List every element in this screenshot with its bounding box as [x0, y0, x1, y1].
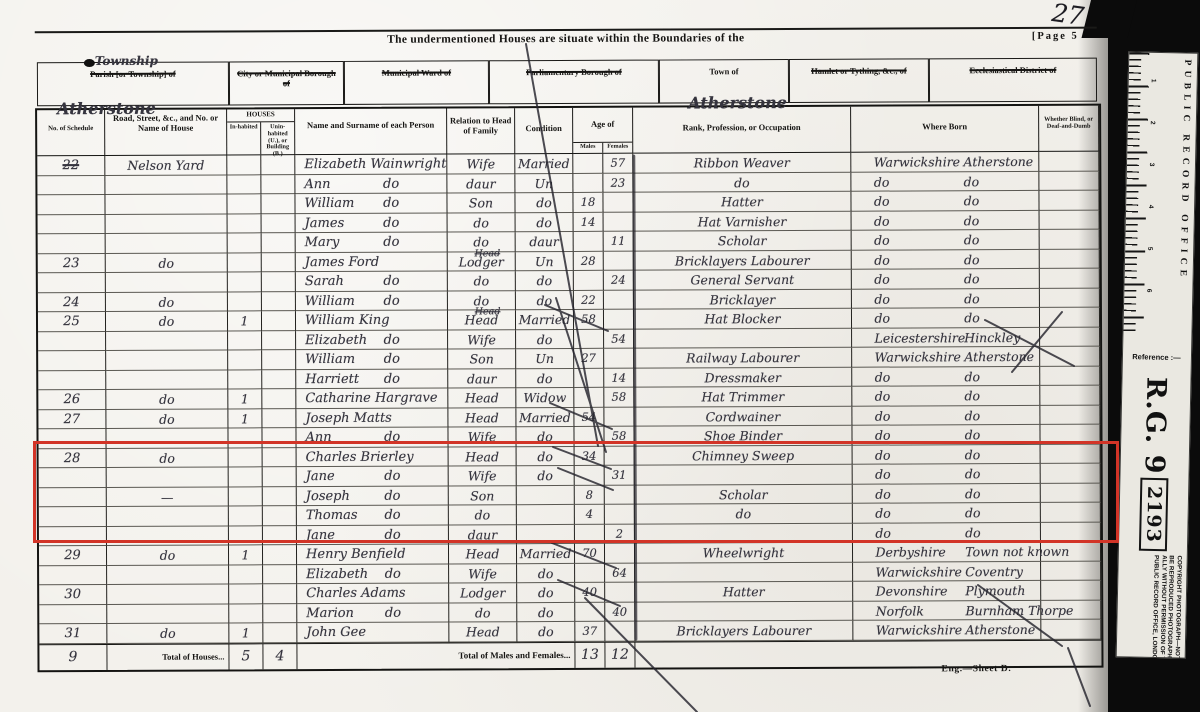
cell-blind: [1040, 327, 1100, 347]
born-county: Warwickshire: [874, 152, 960, 171]
jurisdiction-label: Parish [or Township] of: [90, 69, 176, 79]
cell-name: Jamesdo: [296, 213, 448, 233]
cell-name: Janedo: [297, 466, 449, 486]
cell-born: LeicestershireHinckley: [852, 327, 1040, 347]
cell-relation: daur: [449, 525, 517, 545]
cell-road: [107, 565, 229, 585]
jurisdiction-label: Municipal Ward of: [382, 67, 451, 77]
cell-name: Charles Brierley: [297, 447, 449, 467]
stamp-series-number: R.G. 9: [1139, 377, 1172, 475]
cell-inhabited: 1: [228, 311, 262, 331]
age-label: Age of: [591, 119, 614, 129]
cell-schedule: [39, 565, 107, 585]
cell-age-female: [605, 544, 635, 564]
cell-road: [107, 506, 229, 526]
cell-age-male: [574, 271, 604, 291]
cell-condition: do: [516, 329, 574, 349]
ruler-number: 6: [1145, 289, 1152, 293]
cell-age-female: [603, 193, 633, 213]
born-county: do: [874, 231, 890, 250]
cell-born: dodo: [851, 171, 1039, 191]
cell-schedule: [38, 273, 106, 293]
cell-age-female: 23: [603, 173, 633, 193]
cell-relation: Wife: [448, 427, 516, 447]
born-place: Plymouth: [965, 581, 1025, 600]
cell-road: —: [107, 487, 229, 507]
cell-relation: Head: [449, 622, 517, 642]
cell-inhabited: [227, 194, 261, 214]
cell-uninhabited: [262, 272, 296, 292]
person-name: Henry Benfield: [306, 547, 406, 562]
cell-age-male: 54: [574, 407, 604, 427]
cell-blind: [1041, 542, 1101, 562]
born-county: do: [874, 211, 890, 230]
born-place: do: [964, 230, 980, 249]
cell-occupation: Dressmaker: [634, 367, 852, 387]
cell-road: [106, 428, 228, 448]
person-name: Thomas: [306, 508, 358, 523]
ditto-mark: do: [385, 603, 401, 622]
cell-schedule: 26: [38, 390, 106, 410]
cell-relation: do: [448, 213, 516, 233]
cell-relation: Son: [449, 486, 517, 506]
cell-age-male: 34: [575, 446, 605, 466]
cell-relation: Son: [448, 349, 516, 369]
cell-relation: HeadHead: [448, 310, 516, 330]
cell-age-male: [574, 232, 604, 252]
cell-age-female: 2: [605, 524, 635, 544]
cell-uninhabited: [262, 311, 296, 331]
ruler-number: 3: [1148, 163, 1155, 167]
total-males: 13: [575, 641, 605, 667]
cell-name: Joseph Matts: [296, 408, 448, 428]
cell-uninhabited: [261, 194, 295, 214]
cell-born: DerbyshireTown not known: [853, 542, 1041, 562]
jurisdiction-box-6: Ecclesiastical District of: [929, 58, 1097, 103]
cell-condition: [517, 505, 575, 525]
cell-blind: [1040, 347, 1100, 367]
corner-page-number: 27: [1050, 0, 1086, 31]
cell-uninhabited: [262, 428, 296, 448]
cell-blind: [1040, 386, 1100, 406]
cell-road: [106, 370, 228, 390]
cell-uninhabited: [263, 565, 297, 585]
cell-name: Williamdo: [296, 349, 448, 369]
cell-inhabited: [229, 448, 263, 468]
cell-age-female: [604, 251, 634, 271]
stamp-reference-section: Reference :—: [1123, 332, 1192, 377]
person-name: Elizabeth: [306, 566, 368, 581]
cell-name: Sarahdo: [296, 271, 448, 291]
person-name: Elizabeth: [305, 332, 367, 347]
born-place: do: [964, 289, 980, 308]
col-header-relation: Relation to Head of Family: [447, 108, 515, 154]
cell-uninhabited: [262, 214, 296, 234]
cell-condition: do: [515, 193, 573, 213]
cell-schedule: [38, 234, 106, 254]
born-county: do: [874, 192, 890, 211]
cell-age-male: [573, 173, 603, 193]
cell-inhabited: [229, 584, 263, 604]
jurisdiction-box-4: Town ofAtherstone: [659, 59, 789, 104]
ruler-number: 5: [1146, 247, 1153, 251]
cell-age-male: [573, 154, 603, 174]
person-name: Ann: [305, 430, 331, 445]
cell-age-female: 14: [604, 368, 634, 388]
cell-age-female: [604, 212, 634, 232]
cell-name: William King: [296, 310, 448, 330]
born-county: Derbyshire: [875, 542, 945, 561]
cell-blind: [1041, 620, 1101, 640]
cell-age-female: 24: [604, 271, 634, 291]
cell-age-male: 18: [573, 193, 603, 213]
cell-blind: [1041, 503, 1101, 523]
cell-condition: do: [517, 446, 575, 466]
born-county: Warwickshire: [876, 620, 962, 639]
cell-age-male: [575, 466, 605, 486]
cell-born: NorfolkBurnham Thorpe: [853, 600, 1041, 620]
cell-uninhabited: [263, 487, 297, 507]
page-number-label: [Page 5: [1032, 31, 1079, 42]
cell-age-female: [604, 407, 634, 427]
cell-relation: Wife: [448, 330, 516, 350]
ditto-mark: do: [384, 428, 400, 447]
person-name: Elizabeth Wainwright: [304, 156, 446, 172]
cell-age-male: 14: [574, 212, 604, 232]
cell-born: dodo: [852, 386, 1040, 406]
cell-name: Henry Benfield: [297, 544, 449, 564]
cell-age-male: [574, 388, 604, 408]
jurisdiction-label: City or Municipal Borough of: [234, 68, 338, 88]
born-county: do: [875, 426, 891, 445]
cell-relation: Son: [447, 193, 515, 213]
cell-road: do: [107, 545, 229, 565]
born-county: do: [874, 270, 890, 289]
born-place: Atherstone: [966, 620, 1036, 639]
cell-schedule: [38, 214, 106, 234]
jurisdiction-box-0: TownshipParish [or Township] ofAtherston…: [37, 61, 229, 106]
cell-occupation: Hat Varnisher: [634, 211, 852, 231]
cell-blind: [1039, 191, 1099, 211]
cell-relation: Wife: [449, 466, 517, 486]
cell-name: Charles Adams: [297, 583, 449, 603]
cell-condition: Un: [516, 349, 574, 369]
ditto-mark: do: [383, 291, 399, 310]
born-county: do: [874, 309, 890, 328]
cell-uninhabited: [263, 448, 297, 468]
cell-occupation: General Servant: [634, 270, 852, 290]
cell-occupation: [635, 562, 853, 582]
cell-born: dodo: [853, 444, 1041, 464]
ditto-mark: do: [384, 350, 400, 369]
cell-occupation: Scholar: [634, 231, 852, 251]
cell-born: dodo: [852, 249, 1040, 269]
cell-name: Elizabeth Wainwright: [295, 154, 447, 174]
cell-age-female: 54: [604, 329, 634, 349]
cell-born: WarwickshireAtherstone: [852, 347, 1040, 367]
cell-occupation: Wheelwright: [635, 543, 853, 563]
cell-name: Elizabethdo: [296, 330, 448, 350]
col-header-males: Males: [573, 143, 603, 153]
cell-relation: Wife: [449, 564, 517, 584]
born-place: do: [965, 406, 981, 425]
cell-born: dodo: [852, 210, 1040, 230]
cell-condition: [517, 524, 575, 544]
stamp-reference-label: Reference :—: [1133, 352, 1182, 362]
born-place: Atherstone: [964, 347, 1034, 366]
person-name: Ann: [304, 176, 330, 191]
sheet-note: Eng.—Sheet D.: [942, 664, 1112, 675]
cell-blind: [1041, 444, 1101, 464]
cell-condition: do: [517, 602, 575, 622]
houses-label: HOUSES: [246, 110, 274, 118]
cell-occupation: Hatter: [635, 582, 853, 602]
cell-schedule: 23: [38, 253, 106, 273]
cell-age-male: 8: [575, 485, 605, 505]
born-county: do: [874, 289, 890, 308]
cell-uninhabited: [262, 331, 296, 351]
col-header-occupation: Rank, Profession, or Occupation: [633, 107, 851, 154]
ditto-mark: do: [384, 467, 400, 486]
col-header-name: Name and Surname of each Person: [295, 108, 447, 155]
cell-relation: Head: [449, 544, 517, 564]
person-name: William: [304, 196, 354, 211]
cell-condition: do: [517, 583, 575, 603]
cell-condition: do: [517, 563, 575, 583]
cell-name: Thomasdo: [297, 505, 449, 525]
cell-age-male: 4: [575, 505, 605, 525]
born-county: do: [875, 484, 891, 503]
born-county: Norfolk: [876, 601, 924, 620]
cell-uninhabited: [263, 623, 297, 643]
person-name: John Gee: [306, 625, 366, 640]
ditto-mark: do: [383, 272, 399, 291]
person-name: William: [305, 293, 355, 308]
cell-road: do: [107, 448, 229, 468]
cell-uninhabited: [263, 526, 297, 546]
cell-uninhabited: [262, 409, 296, 429]
born-place: Coventry: [965, 561, 1023, 580]
cell-relation: Lodger: [449, 583, 517, 603]
cell-occupation: do: [633, 172, 851, 192]
jurisdiction-label: Hamlet or Tything, &c., of: [811, 65, 907, 75]
born-place: do: [964, 367, 980, 386]
born-place: do: [965, 425, 981, 444]
cell-road: [105, 194, 227, 214]
cell-age-male: [575, 524, 605, 544]
cell-inhabited: [229, 506, 263, 526]
cell-condition: daur: [516, 232, 574, 252]
col-header-inhabited: In-habited: [227, 122, 261, 154]
born-county: do: [875, 387, 891, 406]
cell-age-male: 70: [575, 544, 605, 564]
cell-blind: [1040, 366, 1100, 386]
born-county: Warwickshire: [875, 562, 961, 581]
cell-condition: do: [516, 427, 574, 447]
cell-road: [105, 175, 227, 195]
jurisdiction-box-1: City or Municipal Borough of: [229, 61, 344, 106]
cell-born: dodo: [853, 503, 1041, 523]
cell-age-male: [575, 563, 605, 583]
cell-schedule: 29: [39, 546, 107, 566]
born-place: do: [964, 308, 980, 327]
cell-schedule: [39, 468, 107, 488]
ink-blot: [83, 59, 94, 67]
form-title: The undermentioned Houses are situate wi…: [35, 31, 1097, 48]
cell-born: dodo: [851, 191, 1039, 211]
person-name: Jane: [306, 469, 335, 484]
cell-born: dodo: [852, 230, 1040, 250]
cell-inhabited: [228, 253, 262, 273]
census-scan-page: The undermentioned Houses are situate wi…: [0, 0, 1200, 712]
cell-born: dodo: [852, 288, 1040, 308]
cell-condition: Un: [516, 251, 574, 271]
cell-relation: daur: [447, 174, 515, 194]
born-place: do: [964, 269, 980, 288]
cell-age-male: 40: [575, 583, 605, 603]
cell-occupation: Ribbon Weaver: [633, 153, 851, 173]
cell-inhabited: [228, 331, 262, 351]
cell-road: do: [106, 253, 228, 273]
cell-schedule: [39, 507, 107, 527]
born-place: do: [964, 386, 980, 405]
cell-occupation: Hatter: [633, 192, 851, 212]
cell-relation: do: [449, 505, 517, 525]
cell-born: dodo: [852, 269, 1040, 289]
stamp-piece-section: 2193: [1119, 472, 1189, 549]
col-header-born: Where Born: [851, 106, 1039, 153]
ruler-number: 4: [1147, 205, 1154, 209]
cell-inhabited: [229, 467, 263, 487]
cell-inhabited: [229, 526, 263, 546]
cell-born: dodo: [852, 308, 1040, 328]
jurisdiction-handwritten-value: Atherstone: [57, 104, 156, 114]
person-name: Joseph: [306, 488, 350, 503]
cell-road: do: [106, 389, 228, 409]
cell-blind: [1039, 171, 1099, 191]
person-name: James Ford: [305, 254, 380, 269]
col-header-blind: Whether Blind, or Deaf-and-Dumb: [1039, 106, 1099, 152]
cell-road: [107, 584, 229, 604]
cell-age-male: 22: [574, 290, 604, 310]
cell-schedule: 24: [38, 292, 106, 312]
person-name: Sarah: [305, 274, 344, 289]
cell-uninhabited: [263, 545, 297, 565]
jurisdiction-box-5: Hamlet or Tything, &c., of: [789, 58, 929, 103]
cell-blind: [1040, 249, 1100, 269]
cell-name: James Ford: [296, 252, 448, 272]
cell-road: [106, 214, 228, 234]
cell-schedule: [37, 195, 105, 215]
cell-inhabited: [229, 487, 263, 507]
born-county: do: [875, 445, 891, 464]
cell-name: Catharine Hargrave: [296, 388, 448, 408]
cell-road: do: [106, 311, 228, 331]
person-name: Harriett: [305, 371, 359, 386]
cell-age-female: 57: [603, 154, 633, 174]
cell-name: John Gee: [297, 622, 449, 642]
cell-born: dodo: [853, 522, 1041, 542]
total-schedule-count: 9: [39, 643, 107, 669]
cell-occupation: Chimney Sweep: [635, 445, 853, 465]
cell-blind: [1041, 561, 1101, 581]
cell-blind: [1041, 600, 1101, 620]
ditto-mark: do: [384, 525, 400, 544]
person-name: Marion: [306, 605, 354, 620]
jurisdiction-box-2: Municipal Ward of: [344, 60, 489, 105]
cell-born: dodo: [853, 483, 1041, 503]
person-name: Charles Brierley: [306, 449, 414, 464]
cell-inhabited: [229, 565, 263, 585]
cell-relation: daur: [448, 369, 516, 389]
cell-condition: Un: [515, 173, 573, 193]
col-header-condition: Condition: [515, 108, 573, 154]
born-county: Warwickshire: [875, 347, 961, 366]
total-inhabited: 5: [229, 643, 263, 669]
cell-road: [106, 331, 228, 351]
cell-road: [107, 526, 229, 546]
ditto-mark: do: [383, 213, 399, 232]
cell-age-male: 28: [574, 251, 604, 271]
total-persons-label: Total of Males and Females...: [297, 641, 575, 668]
cell-occupation: [635, 465, 853, 485]
cell-relation: Head: [448, 388, 516, 408]
born-county: Devonshire: [876, 581, 948, 600]
cell-born: DevonshirePlymouth: [853, 581, 1041, 601]
cell-age-female: 58: [604, 427, 634, 447]
total-females: 12: [605, 641, 635, 667]
cell-name: Marydo: [296, 232, 448, 252]
born-county: do: [875, 465, 891, 484]
jurisdiction-handwritten-value: Atherstone: [688, 98, 787, 108]
cell-schedule: [39, 526, 107, 546]
cell-uninhabited: [263, 506, 297, 526]
cell-schedule: 30: [39, 585, 107, 605]
ruler-number: 1: [1150, 79, 1157, 83]
cell-name: Janedo: [297, 525, 449, 545]
cell-condition: Married: [516, 407, 574, 427]
born-place: do: [965, 464, 981, 483]
cell-name: Mariondo: [297, 603, 449, 623]
census-table: No. of Schedule Road, Street, &c., and N…: [35, 104, 1103, 672]
cell-blind: [1041, 483, 1101, 503]
cell-relation: Head: [449, 447, 517, 467]
cell-inhabited: [228, 428, 262, 448]
cell-inhabited: 1: [228, 409, 262, 429]
relation-struck-above: Head: [475, 302, 501, 321]
cell-inhabited: [228, 233, 262, 253]
cell-schedule: [38, 351, 106, 371]
relation-struck-above: Head: [474, 244, 500, 263]
born-county: do: [875, 504, 891, 523]
cell-age-female: 11: [604, 232, 634, 252]
cell-born: dodo: [852, 366, 1040, 386]
cell-uninhabited: [263, 584, 297, 604]
person-name: James: [305, 215, 345, 230]
born-county: do: [875, 406, 891, 425]
cell-age-male: [574, 427, 604, 447]
person-name: Catharine Hargrave: [305, 391, 437, 407]
cell-schedule: 28: [39, 448, 107, 468]
cell-uninhabited: [263, 467, 297, 487]
cell-condition: do: [516, 271, 574, 291]
cell-occupation: Railway Labourer: [634, 348, 852, 368]
jurisdiction-handwritten-above: Township: [95, 56, 158, 66]
cell-blind: [1040, 210, 1100, 230]
cell-condition: Married: [516, 310, 574, 330]
stamp-copyright-text: COPYRIGHT PHOTOGRAPH—NOT TOBE REPRODUCED…: [1117, 548, 1187, 657]
cell-occupation: Bricklayers Labourer: [634, 250, 852, 270]
